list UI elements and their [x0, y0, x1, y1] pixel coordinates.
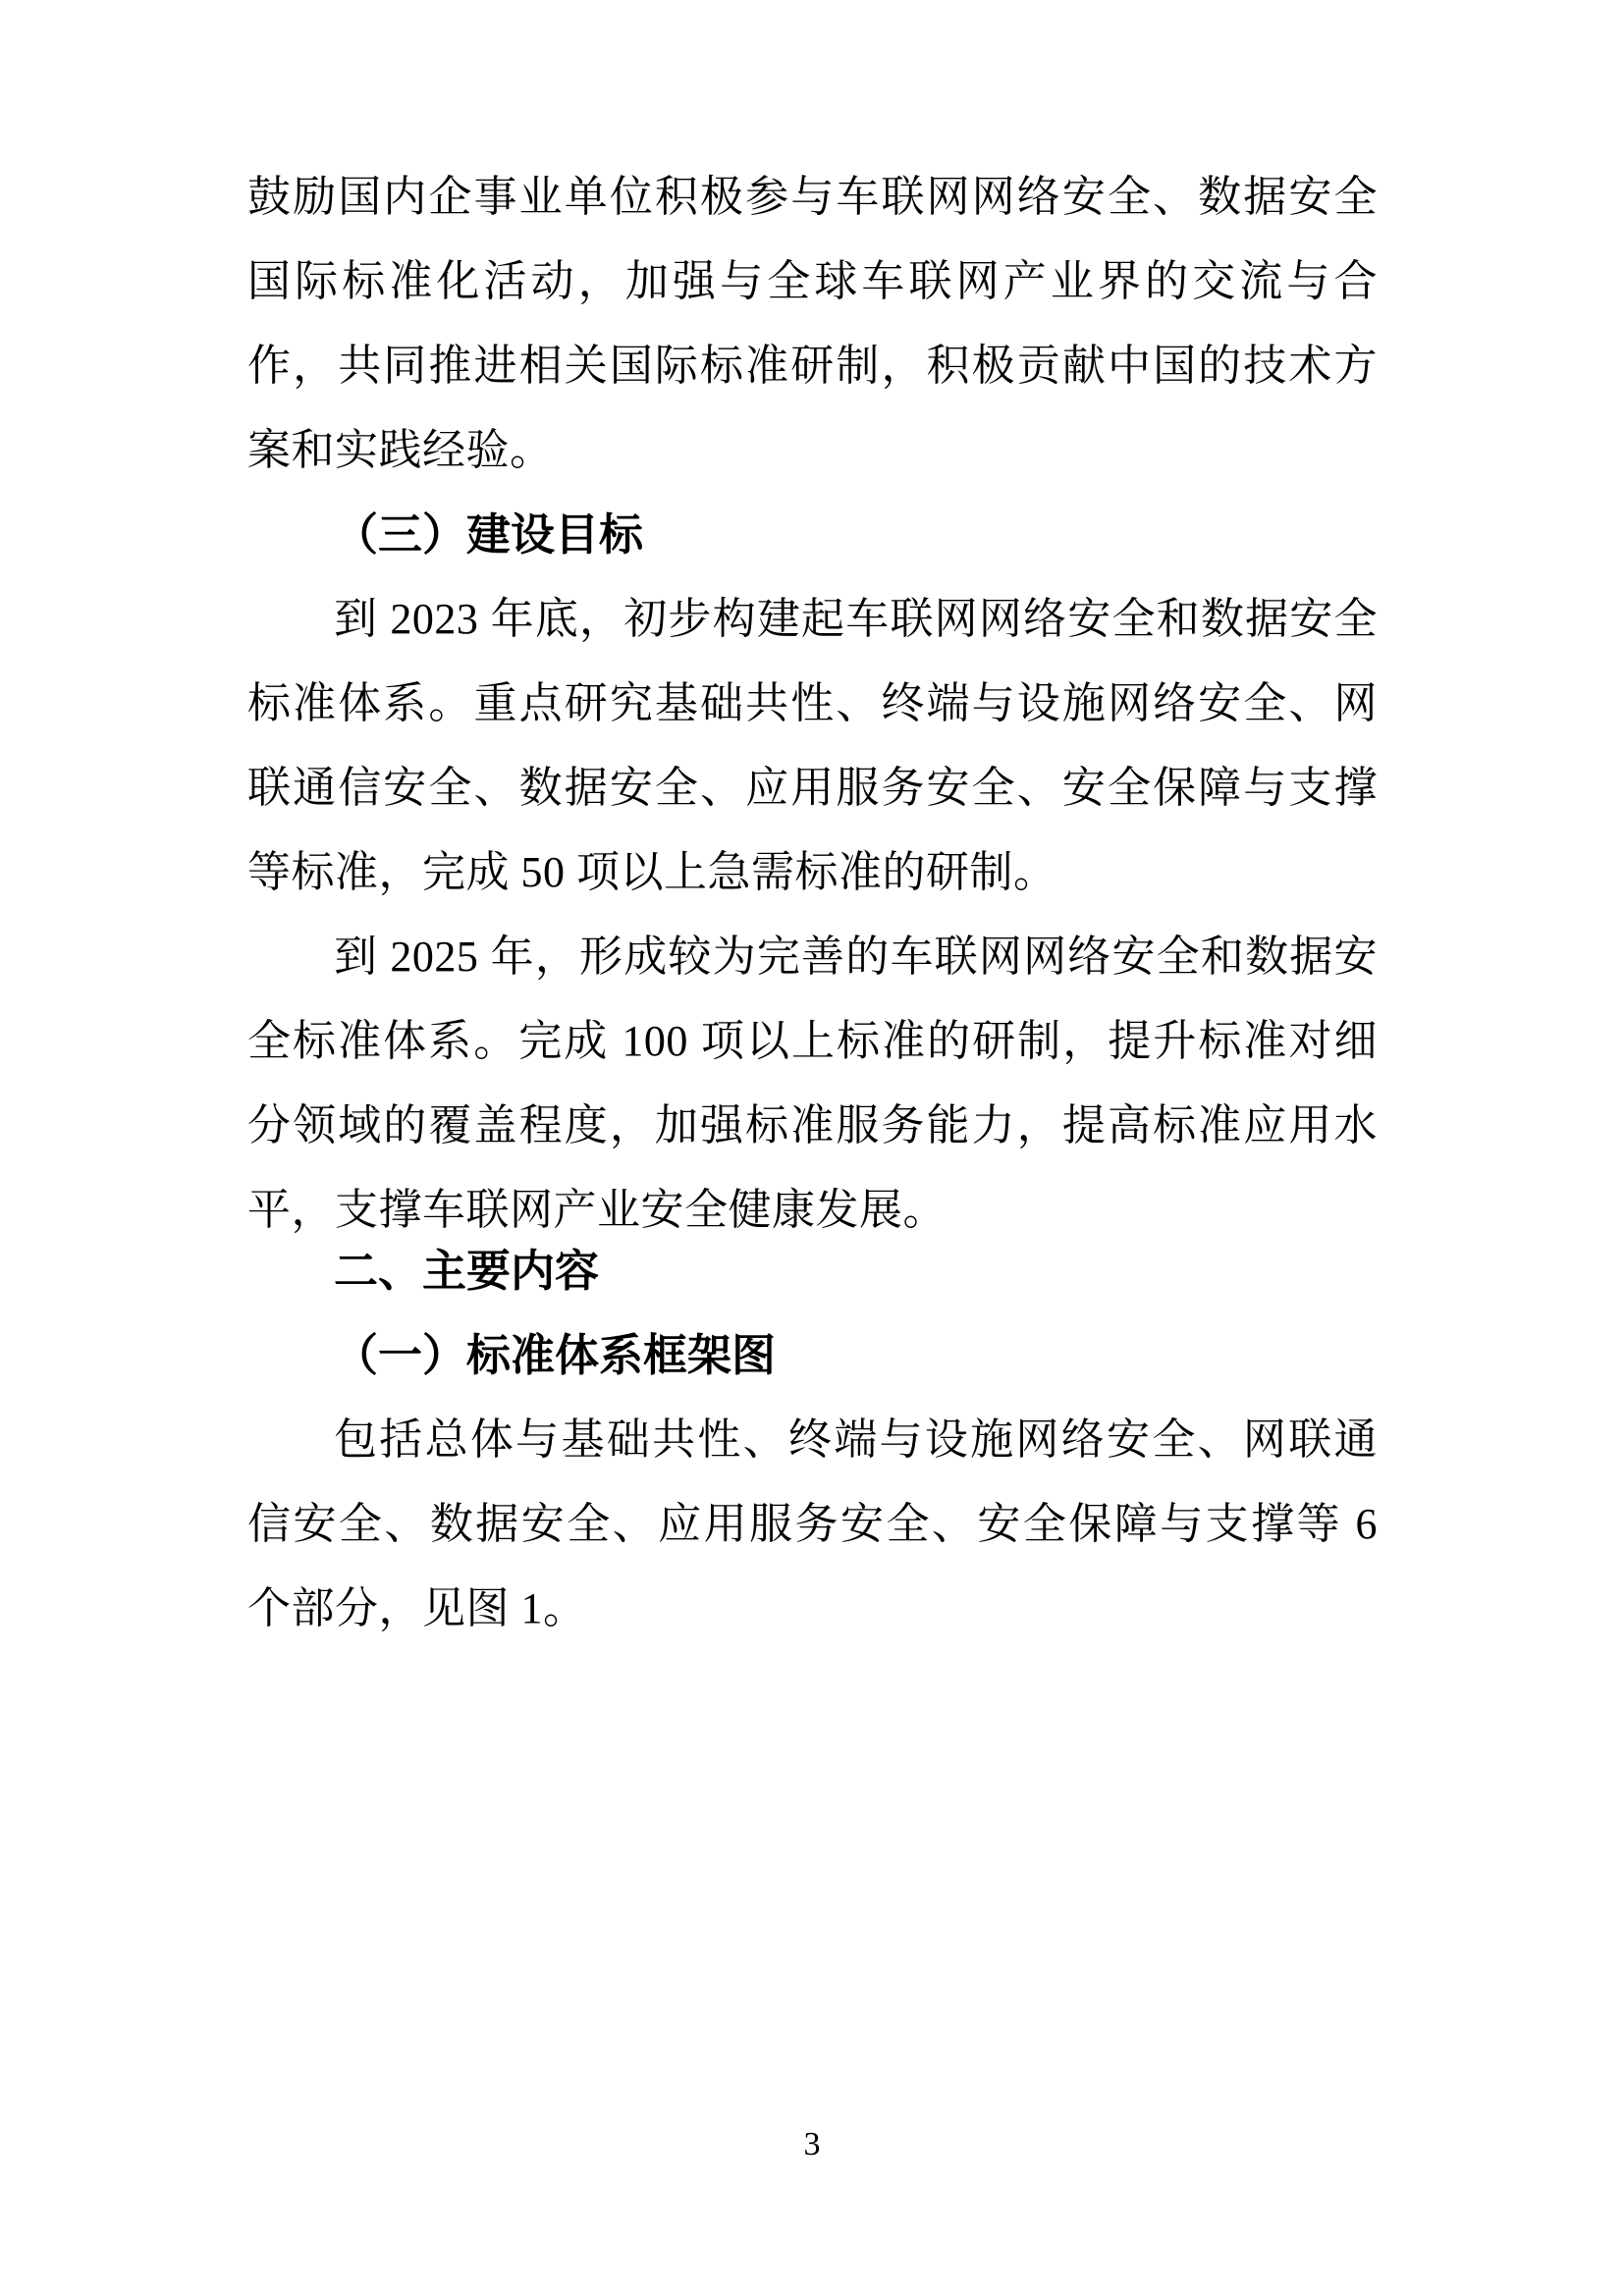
content-area: 鼓励国内企事业单位积极参与车联网网络安全、数据安全国际标准化活动，加强与全球车联…	[247, 155, 1378, 1651]
paragraph-framework-description: 包括总体与基础共性、终端与设施网络安全、网联通信安全、数据安全、应用服务安全、安…	[247, 1398, 1378, 1651]
paragraph-2025-goal: 到 2025 年，形成较为完善的车联网网络安全和数据安全标准体系。完成 100 …	[247, 915, 1378, 1253]
paragraph-continuation: 鼓励国内企事业单位积极参与车联网网络安全、数据安全国际标准化活动，加强与全球车联…	[247, 155, 1378, 493]
document-page: 鼓励国内企事业单位积极参与车联网网络安全、数据安全国际标准化活动，加强与全球车联…	[0, 0, 1624, 2296]
paragraph-2023-goal: 到 2023 年底，初步构建起车联网网络安全和数据安全标准体系。重点研究基础共性…	[247, 577, 1378, 915]
page-number: 3	[0, 2125, 1624, 2164]
heading-section-3-construction-goals: （三）建设目标	[247, 493, 1378, 577]
heading-section-1-framework-diagram: （一）标准体系框架图	[247, 1313, 1378, 1398]
